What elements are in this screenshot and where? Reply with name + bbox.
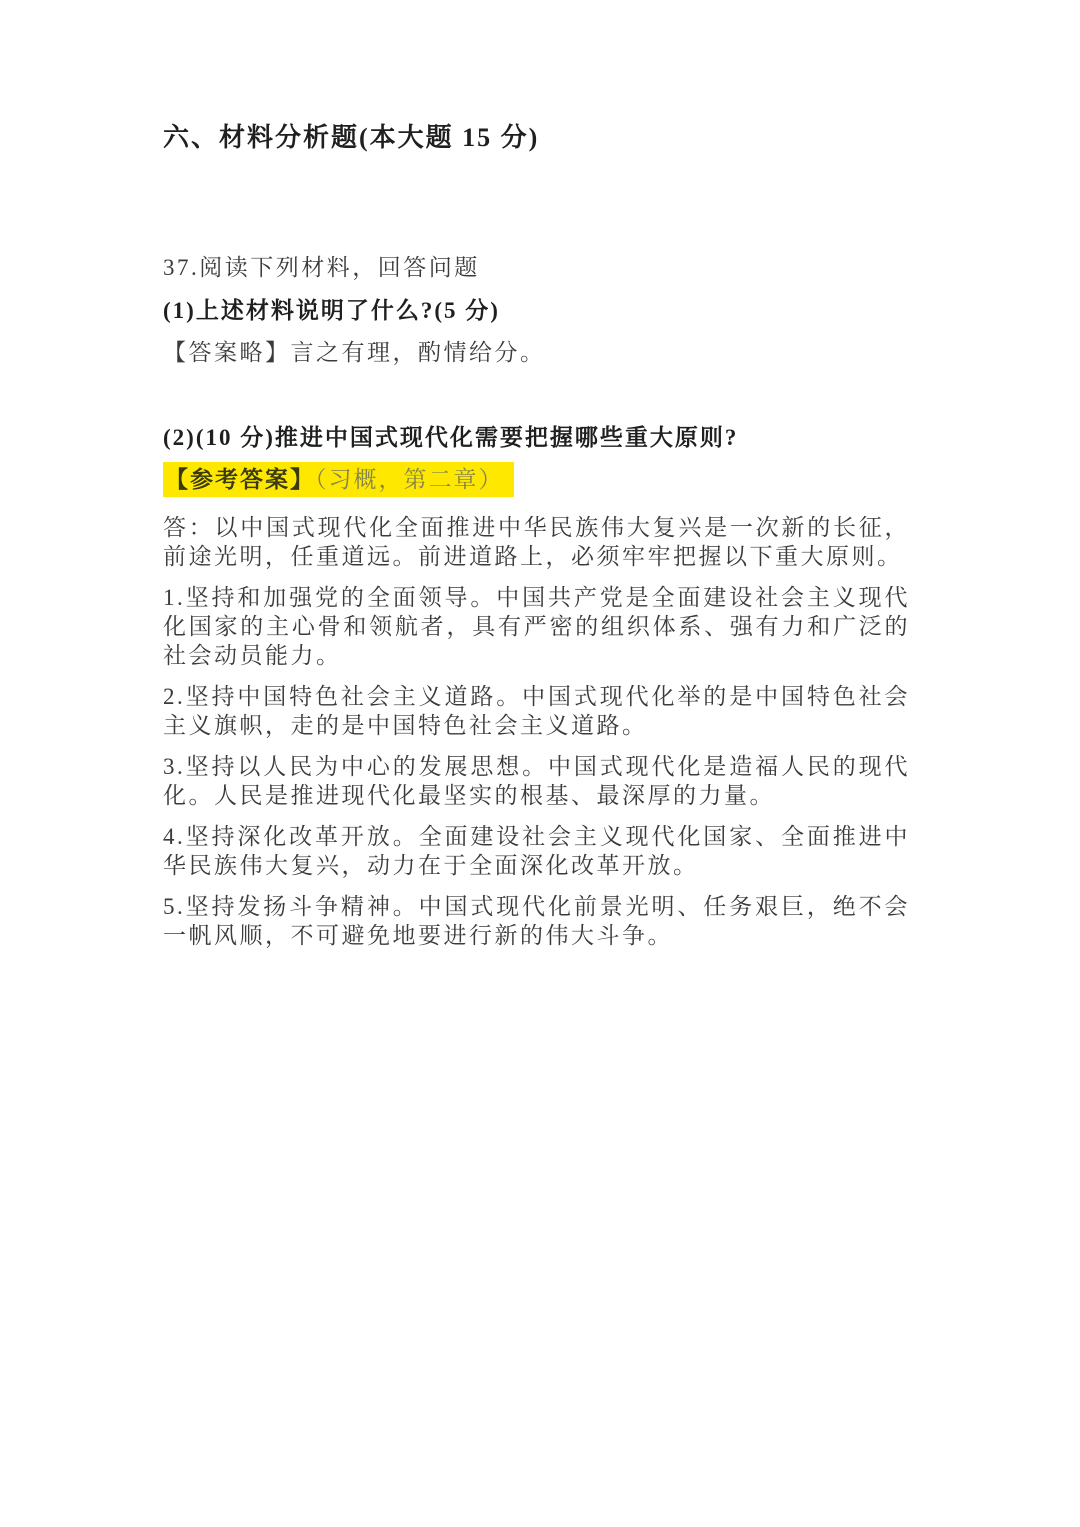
sub-question-1: (1)上述材料说明了什么?(5 分)	[163, 296, 910, 325]
section-heading: 六、材料分析题(本大题 15 分)	[163, 122, 910, 154]
sub-question-2: (2)(10 分)推进中国式现代化需要把握哪些重大原则?	[163, 423, 910, 452]
answer-point: 5.坚持发扬斗争精神。中国式现代化前景光明、任务艰巨，绝不会一帆风顺，不可避免地…	[163, 892, 910, 950]
document-content: 六、材料分析题(本大题 15 分) 37.阅读下列材料，回答问题 (1)上述材料…	[0, 0, 1080, 950]
document-page: 六、材料分析题(本大题 15 分) 37.阅读下列材料，回答问题 (1)上述材料…	[0, 0, 1080, 1527]
reference-answer-highlight: 【参考答案】（习概，第二章）	[163, 462, 514, 497]
reference-answer-row: 【参考答案】（习概，第二章）	[163, 462, 910, 497]
answer-point: 3.坚持以人民为中心的发展思想。中国式现代化是造福人民的现代化。人民是推进现代化…	[163, 752, 910, 810]
question-37-intro: 37.阅读下列材料，回答问题	[163, 253, 910, 282]
answer-intro: 答：以中国式现代化全面推进中华民族伟大复兴是一次新的长征，前途光明，任重道远。前…	[163, 513, 910, 571]
reference-answer-source: （习概，第二章）	[315, 467, 504, 492]
reference-answer-label: 【参考答案】	[165, 467, 315, 492]
answer-point: 4.坚持深化改革开放。全面建设社会主义现代化国家、全面推进中华民族伟大复兴，动力…	[163, 822, 910, 880]
answer-point: 1.坚持和加强党的全面领导。中国共产党是全面建设社会主义现代化国家的主心骨和领航…	[163, 583, 910, 670]
answer-point: 2.坚持中国特色社会主义道路。中国式现代化举的是中国特色社会主义旗帜，走的是中国…	[163, 682, 910, 740]
sub-answer-1: 【答案略】言之有理，酌情给分。	[163, 338, 910, 367]
